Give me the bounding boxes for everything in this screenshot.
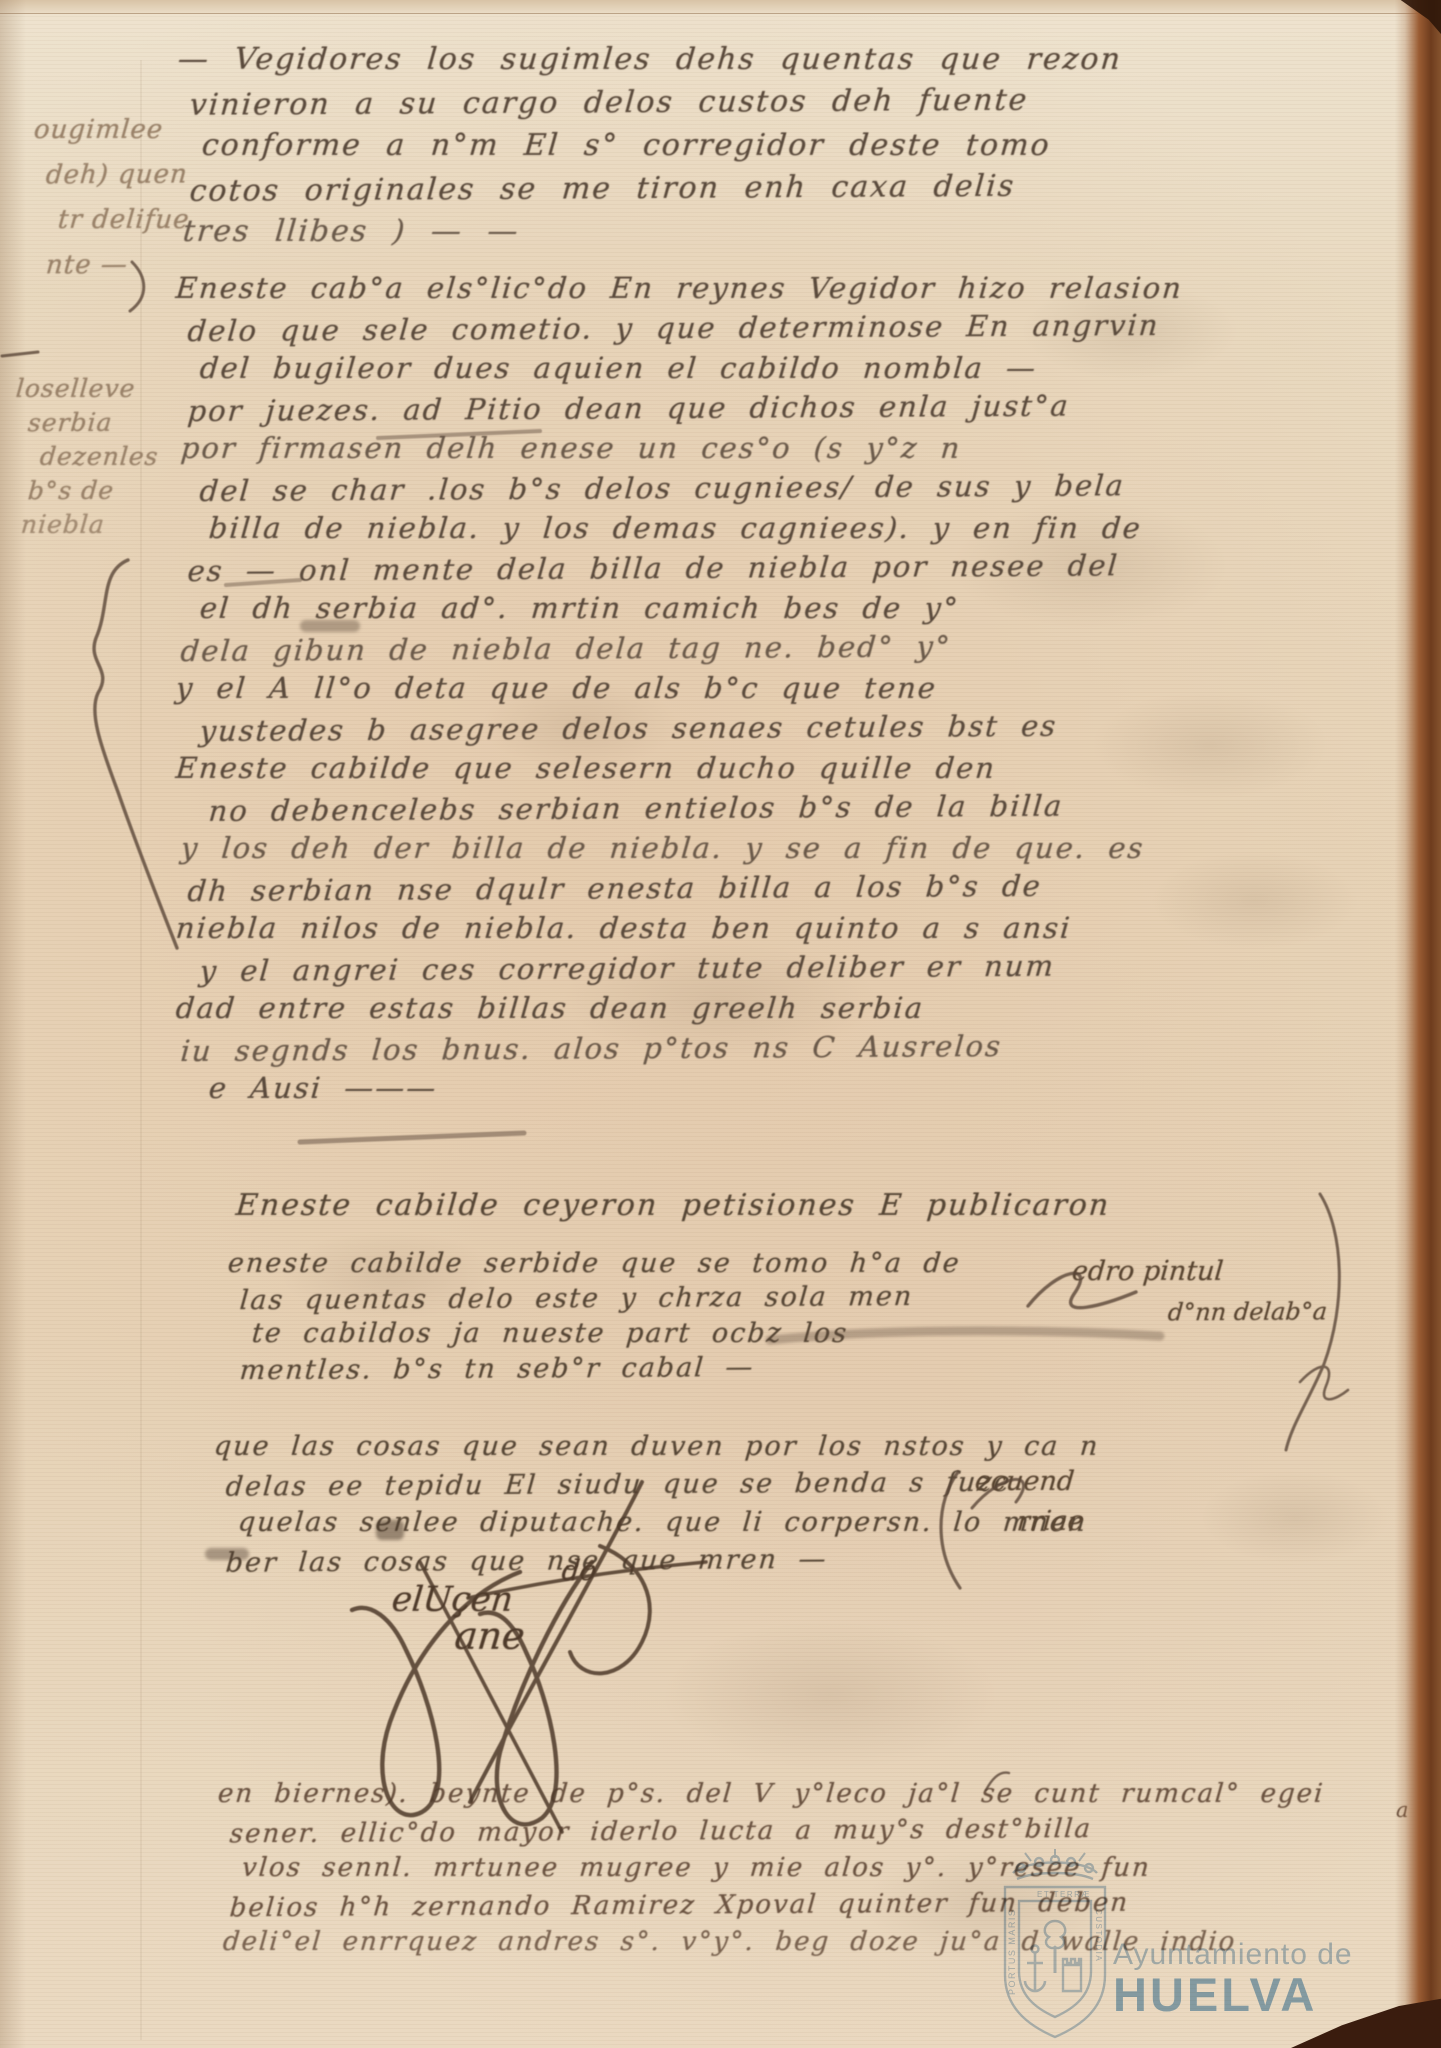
handwritten-line: — Vegidores los sugimles dehs quentas qu…: [176, 38, 1124, 81]
margin-note-accounts: ougimleedeh) quentr delifuente —: [34, 108, 190, 288]
handwritten-line: dezenles: [39, 440, 160, 474]
handwritten-line: d°nn delab°a: [1166, 1292, 1328, 1333]
manuscript-scan: ougimleedeh) quentr delifuente — loselle…: [0, 0, 1441, 2048]
handwritten-line: las quentas delo este y chrza sola men: [238, 1279, 962, 1318]
handwritten-line: es — onl mente dela billa de niebla por …: [186, 545, 1185, 591]
handwritten-line: y el A ll°o deta que de als b°c que tene: [174, 668, 1184, 708]
handwritten-line: dh serbian nse dqulr enesta billa a los …: [186, 865, 1185, 911]
handwritten-line: deh) quen: [44, 153, 191, 199]
handwritten-line: por juezes. ad Pitio dean que dichos enl…: [186, 385, 1185, 431]
handwritten-line: niebla: [20, 508, 160, 542]
paragraph-acuerdo-quentas: eneste cabilde serbide que se tomo h°a d…: [228, 1246, 961, 1386]
side-note-pedro-pintado: edro pintuld°nn delab°a: [1072, 1252, 1327, 1332]
handwritten-line: sener. ellic°do mayor iderlo lucta a muy…: [228, 1810, 1326, 1854]
handwritten-line: tr delifue: [56, 198, 191, 243]
handwritten-line: Eneste cabilde que selesern ducho quille…: [174, 748, 1184, 788]
handwritten-line: vinieron a su cargo delos custos deh fue…: [188, 78, 1124, 127]
handwritten-line: del se char .los b°s delos cugniees/ de …: [198, 465, 1185, 511]
paragraph-acuerdo-cosas: que las cosas que sean duven por los nst…: [214, 1428, 1099, 1580]
handwritten-line: e Ausi ———: [207, 1068, 1184, 1108]
paragraph-data-testigos: en biernes). beynte de p°s. del V y°leco…: [218, 1776, 1324, 1961]
paragraph-opening: — Vegidores los sugimles dehs quentas qu…: [178, 38, 1122, 253]
paragraph-relacion: Eneste cab°a els°lic°do En reynes Vegido…: [176, 268, 1183, 1108]
handwritten-line: cotos originales se me tiron enh caxa de…: [188, 164, 1124, 213]
handwritten-line: no debencelebs serbian entielos b°s de l…: [207, 785, 1185, 831]
handwritten-line: nte —: [44, 243, 191, 289]
handwritten-line: quelas senlee diputache. que li corpersn…: [236, 1504, 1101, 1542]
book-binding-edge: [1395, 0, 1441, 2048]
handwritten-line: en biernes). beynte de p°s. del V y°leco…: [216, 1776, 1326, 1813]
handwritten-line: delas ee tepidu El siudu que se benda s …: [224, 1463, 1101, 1506]
page-top-edge: [0, 0, 1441, 14]
handwritten-line: b°s de: [27, 474, 160, 509]
signature-left-superscript: do: [560, 1554, 598, 1587]
page-left-shadow: [0, 0, 26, 2048]
handwritten-line: niebla nilos de niebla. desta ben quinto…: [174, 908, 1184, 948]
handwritten-line: deli°el enrrquez andres s°. v°y°. beg do…: [221, 1924, 1326, 1961]
handwritten-line: dela gibun de niebla dela tag ne. bed° y…: [179, 625, 1185, 671]
handwritten-line: y el angrei ces corregidor tute deliber …: [198, 945, 1185, 991]
handwritten-line: ecuend: [973, 1462, 1085, 1502]
handwritten-line: ougimlee: [32, 108, 191, 153]
handwritten-line: billa de niebla. y los demas cagniees). …: [207, 508, 1184, 548]
handwritten-line: Eneste cab°a els°lic°do En reynes Vegido…: [174, 268, 1184, 308]
handwritten-line: belios h°h zernando Ramirez Xpoval quint…: [228, 1884, 1326, 1928]
handwritten-line: tres llibes ) — —: [181, 210, 1124, 253]
handwritten-line: ber las cosas que nse que mren —: [224, 1539, 1101, 1582]
handwritten-line: y los deh der billa de niebla. y se a fi…: [179, 828, 1184, 868]
handwritten-line: iu segnds los bnus. alos p°tos ns C Ausr…: [179, 1025, 1185, 1071]
handwritten-line: mentles. b°s tn seb°r cabal —: [238, 1349, 962, 1388]
margin-note-niebla: loselleveserbiadezenlesb°s deniebla: [16, 372, 159, 542]
handwritten-line: por firmasen delh enese un ces°o (s y°z …: [179, 428, 1184, 468]
handwritten-line: del bugileor dues aquien el cabildo nomb…: [198, 348, 1184, 388]
handwritten-line: el dh serbia ad°. mrtin camich bes de y°: [198, 588, 1184, 628]
handwritten-line: loselleve: [15, 372, 160, 406]
handwritten-line: delo que sele cometio. y que determinose…: [186, 305, 1185, 351]
handwritten-line: yustedes b asegree delos senaes cetules …: [198, 705, 1185, 751]
handwritten-line: edro pintul: [1070, 1252, 1329, 1292]
signature-left-text2: ane: [453, 1614, 527, 1658]
handwritten-line: que las cosas que sean duven por los nst…: [212, 1428, 1101, 1466]
handwritten-line: conforme a n°m El s° corregidor deste to…: [200, 124, 1124, 167]
signature-right: ecuendrriae: [975, 1462, 1084, 1542]
handwritten-line: rriae: [1015, 1502, 1085, 1542]
handwritten-line: dad entre estas billas dean greelh serbi…: [174, 988, 1184, 1028]
margin-crease-line: [140, 60, 142, 2040]
handwritten-line: eneste cabilde serbide que se tomo h°a d…: [226, 1246, 962, 1281]
handwritten-line: Eneste cabilde ceyeron petisiones E publ…: [234, 1186, 1112, 1226]
paragraph-peticiones-heading: Eneste cabilde ceyeron petisiones E publ…: [236, 1186, 1110, 1226]
handwritten-line: serbia: [27, 406, 160, 441]
handwritten-line: vlos sennl. mrtunee mugree y mie alos y°…: [240, 1850, 1326, 1887]
handwritten-line: te cabildos ja nueste part ocbz los: [250, 1316, 962, 1351]
